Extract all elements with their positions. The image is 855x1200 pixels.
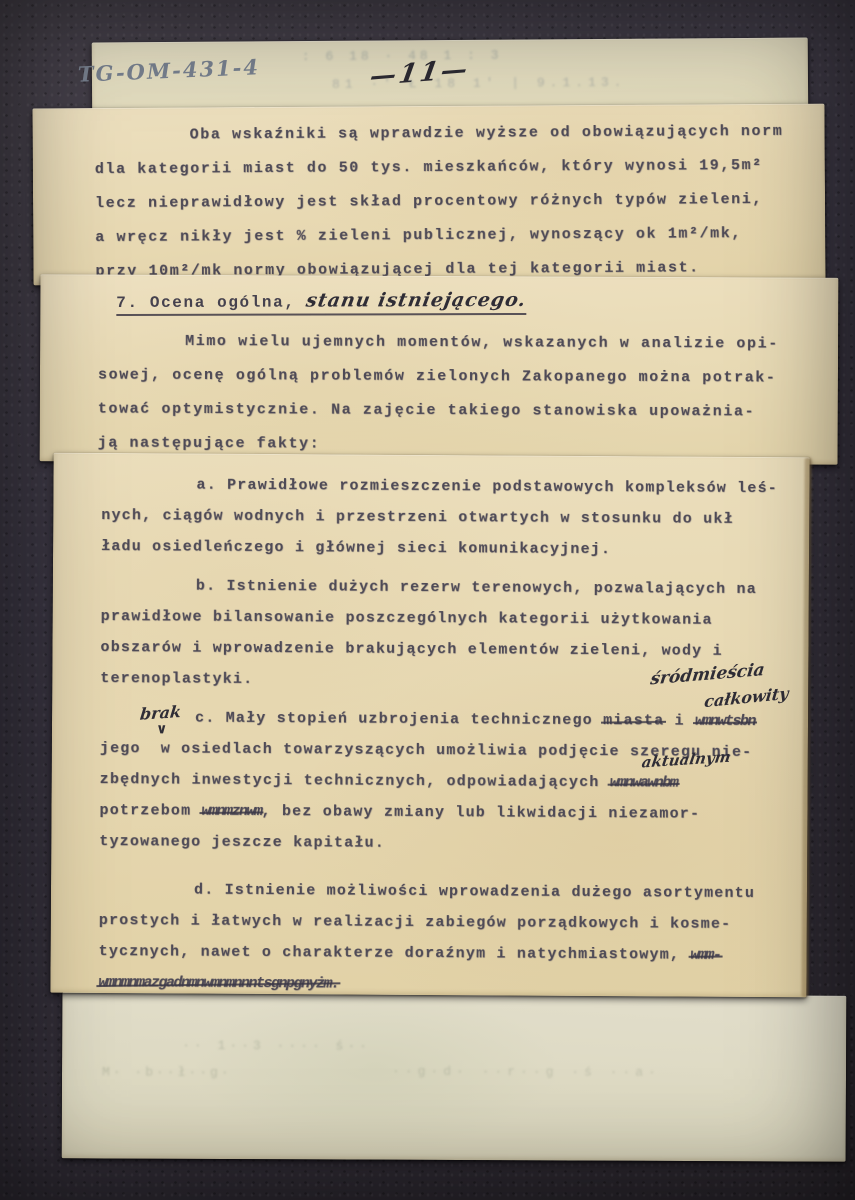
document-scan: { "page": { "archive_code": "TG-OM-431-4…	[0, 0, 855, 1200]
ghost-text-line-2: M· ·b··ł··g·	[102, 1064, 232, 1080]
archive-code: TG-OM-431-4	[77, 54, 260, 87]
struck-scribble: wmnmznwm	[201, 803, 261, 820]
struck-scribble: wmnmnmazgadnmnwmnmnnntsgnpgnyżm.	[98, 974, 338, 992]
typed-fragment: potrzebom	[99, 802, 191, 820]
item-a: a. Prawidłowe rozmieszczenie podstawowyc…	[101, 469, 800, 566]
heading-handwritten-addition: stanu istniejącego.	[304, 289, 528, 312]
typed-line: tować optymistycznie. Na zajęcie takiego…	[98, 393, 838, 430]
typed-line: dla kategorii miast do 50 tys. mieszkańc…	[95, 149, 825, 187]
typed-fragment: , bez obawy zmiany lub likwidacji niezam…	[261, 803, 700, 823]
item-c: c. Mały stopień uzbrojenia technicznego …	[99, 702, 798, 861]
ghost-stamp-line-2: 81 ·' Ł 18 1' | 9.1.13.	[332, 75, 627, 92]
item-d: d. Istnienie możliwości wprowadzenia duż…	[98, 874, 797, 1002]
typed-fragment: i	[674, 712, 684, 729]
typed-line-with-strikeouts: potrzebom wmnmznwm, bez obawy zmiany lub…	[99, 795, 797, 830]
section-heading: 7. Ocena ogólna, stanu istniejącego.	[116, 289, 838, 318]
paper-strip-2: 7. Ocena ogólna, stanu istniejącego. Mim…	[40, 274, 839, 464]
paragraph-1: Oba wskaźniki są wprawdzie wyższe od obo…	[32, 104, 825, 290]
struck-scribble: wmnwtsbn	[695, 713, 755, 730]
paragraph-2: Mimo wielu ujemnych momentów, wskazanych…	[40, 324, 839, 463]
typed-line-with-strikeouts: c. Mały stopień uzbrojenia technicznego …	[100, 702, 798, 737]
ghost-text-line-3: ··g·d· ··r··g ·ś ··a·	[392, 1064, 661, 1080]
typed-line: Mimo wielu ujemnych momentów, wskazanych…	[98, 325, 838, 362]
base-sheet-bottom: ·· 1··3 ···· ś·· M· ·b··ł··g· ··g·d· ··r…	[62, 992, 847, 1161]
typed-line: ładu osiedleńczego i głównej sieci komun…	[101, 531, 799, 566]
typed-line: lecz nieprawidłowy jest skład procentowy…	[95, 183, 825, 221]
typed-line: obszarów i wprowadzenie brakujących elem…	[100, 632, 798, 667]
typed-line: Oba wskaźniki są wprawdzie wyższe od obo…	[95, 115, 825, 153]
typed-line: sowej, ocenę ogólną problemów zielonych …	[98, 359, 838, 396]
typed-line: prawidłowe bilansowanie poszczególnych k…	[101, 601, 799, 636]
struck-scribble: wmm-	[690, 947, 720, 964]
typed-line: tyzowanego jeszcze kapitału.	[99, 826, 797, 861]
typed-line: prostych i łatwych w realizacji zabiegów…	[99, 905, 797, 940]
typed-line-with-strikeouts: zbędnych inwestycji technicznych, odpowi…	[100, 764, 798, 799]
typed-fragment: c. Mały stopień uzbrojenia technicznego	[195, 710, 593, 729]
ghost-text-line-1: ·· 1··3 ···· ś··	[182, 1038, 371, 1054]
typed-fragment: zbędnych inwestycji technicznych, odpowi…	[100, 771, 600, 791]
typed-line: b. Istnienie dużych rezerw terenowych, p…	[101, 570, 799, 605]
typed-line: a. Prawidłowe rozmieszczenie podstawowyc…	[101, 469, 799, 504]
typed-line: nych, ciągów wodnych i przestrzeni otwar…	[101, 500, 799, 535]
struck-scribble-line: wmnmnmazgadnmnwmnmnnntsgnpgnyżm.	[98, 967, 796, 1002]
typed-fragment: jego	[100, 740, 141, 757]
paper-strip-1: Oba wskaźniki są wprawdzie wyższe od obo…	[32, 104, 825, 286]
insertion-caret: ∨	[156, 721, 167, 737]
ghost-stamp-line-1: : 6 18 · 48 1 : 3	[302, 48, 503, 64]
typed-line-with-strikeouts: tycznych, nawet o charakterze doraźnym i…	[99, 936, 797, 971]
typed-line: a wręcz nikły jest % zieleni publicznej,…	[95, 217, 825, 255]
struck-scribble: wmnwawnbm	[610, 774, 678, 791]
heading-underline: 7. Ocena ogólna, stanu istniejącego.	[116, 289, 526, 316]
heading-typed: 7. Ocena ogólna,	[116, 294, 295, 312]
typed-line: d. Istnienie możliwości wprowadzenia duż…	[99, 874, 797, 909]
struck-word: miasta	[603, 712, 664, 729]
typed-fragment: tycznych, nawet o charakterze doraźnym i…	[99, 943, 681, 964]
paper-strip-3: a. Prawidłowe rozmieszczenie podstawowyc…	[50, 453, 809, 998]
